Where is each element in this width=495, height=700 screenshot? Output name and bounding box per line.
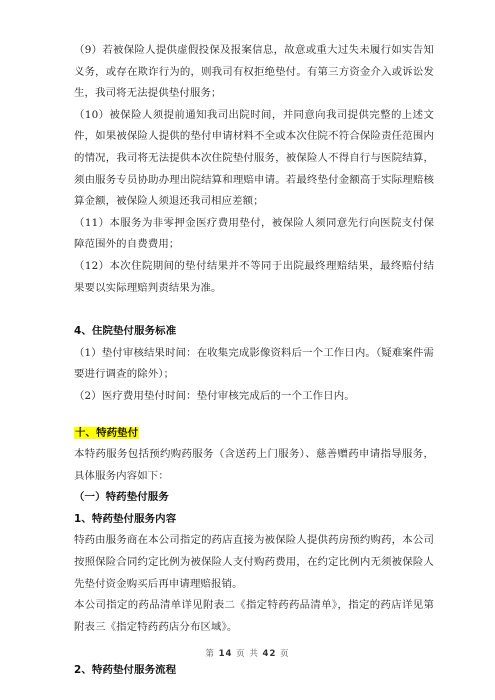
clause-10: （10）被保险人须提前通知我司出院时间，并同意向我司提供完整的上述文件，如果被保… [74, 105, 434, 213]
clause-11: （11）本服务为非零押金医疗费用垫付，被保险人须同意先行向医院支付保障范围外的自… [74, 213, 434, 256]
footer-suffix: 页 [280, 649, 290, 659]
content-paragraph-2: 本公司指定的药品清单详见附表二《指定特药药品清单》，指定的药店详见第附表三《指定… [74, 595, 434, 638]
spacer [74, 408, 434, 423]
clause-9: （9）若被保险人提供虚假投保及报案信息，故意或重大过失未履行如实告知义务，或存在… [74, 40, 434, 105]
document-page: （9）若被保险人提供虚假投保及报案信息，故意或重大过失未履行如实告知义务，或存在… [0, 0, 495, 700]
sub-heading-special-drug-service: （一）特药垫付服务 [74, 487, 434, 509]
total-pages: 42 [263, 649, 277, 659]
section-ten-heading: 十、特药垫付 [74, 423, 434, 445]
standard-item-1: （1）垫付审核结果时间：在收集完成影像资料后一个工作日内。（疑难案件需要进行调查… [74, 343, 434, 386]
spacer [74, 299, 434, 321]
page-content: （9）若被保险人提供虚假投保及报案信息，故意或重大过失未履行如实告知义务，或存在… [74, 40, 434, 682]
footer-prefix: 第 [205, 649, 215, 659]
content-paragraph-1: 特药由服务商在本公司指定的药店直接为被保险人提供药房预约购药，本公司按照保险合同… [74, 530, 434, 595]
process-heading: 2、特药垫付服务流程 [74, 660, 434, 682]
current-page-number: 14 [219, 649, 233, 659]
section-ten-intro: 本特药服务包括预约购药服务（含送药上门服务）、慈善赠药申请指导服务，具体服务内容… [74, 444, 434, 487]
content-heading: 1、特药垫付服务内容 [74, 509, 434, 531]
section-ten-title-highlight: 十、特药垫付 [74, 427, 139, 439]
standard-item-2: （2）医疗费用垫付时间：垫付审核完成后的一个工作日内。 [74, 386, 434, 408]
standard-heading: 4、住院垫付服务标准 [74, 321, 434, 343]
page-footer: 第 14 页 共 42 页 [0, 647, 495, 659]
footer-middle: 页 共 [236, 649, 259, 659]
clause-12: （12）本次住院期间的垫付结果并不等同于出院最终理赔结果，最终赔付结果要以实际理… [74, 256, 434, 299]
